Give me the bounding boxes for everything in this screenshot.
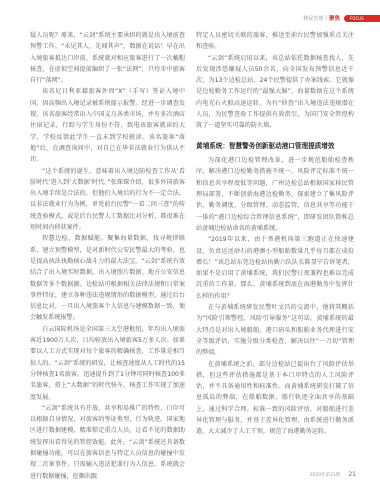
paragraph: 在黄埔系统之前，部分边检站已提出台了风险评估举措，但这些评估措施都是基于本口岸特… xyxy=(196,359,354,438)
right-column: 特定人员密切关联的旅客，推送至前台民警加强重点关注和查验。 “云剑”系统启用以来… xyxy=(196,30,354,438)
paragraph: 白云国际机场是全国第三大空港枢纽，年均出入境旅客近1900万人次，日均验放出入境… xyxy=(30,324,185,403)
magazine-name: 移民管理 xyxy=(303,15,323,22)
paragraph: “云剑”系统具有开放、共享和易推广的特性，口岸可以根据自身情况，对旅客的签证类型… xyxy=(30,403,185,482)
page-header: 移民管理 | 聚焦 FOCUS xyxy=(303,14,380,22)
section-subheading: 黄埔系统：智慧警务创新驱动港口管理提质增效 xyxy=(196,141,354,153)
header-separator: | xyxy=(325,15,327,21)
issue-label: 2020年第21期 xyxy=(310,472,341,478)
paragraph: “这个系统的诞生，意味着出入境边防检查工作从‘看脸时代’进入到‘大数据’时代。”… xyxy=(30,166,185,234)
left-column: 疑人员呢？原来，“云剑”系统主要承担的就是出入境前查预警工作。“未见其人，先闻其… xyxy=(30,30,185,482)
paragraph: 该名尼日利亚籍旅客外周“X”（手写）签证入境中国，因高频出入境记录被系统提示报警… xyxy=(30,86,185,165)
section-name: 聚焦 xyxy=(329,14,340,22)
paragraph: 疑人员呢？原来，“云剑”系统主要承担的就是出入境前查预警工作。“未见其人，先闻其… xyxy=(30,30,185,86)
paragraph: 智慧边检，数据赋能。聚集海量数据，找寻规律联系，建立预警模型，是对新时代公安民警… xyxy=(30,233,185,323)
section-tab: FOCUS xyxy=(344,15,380,22)
paragraph: “2019年以来，由于香港机场第三跑道正在快速建设，负责运送砂石的港澳小型船舶数… xyxy=(196,234,354,302)
page-footer: 2020年第21期 21 xyxy=(310,471,356,478)
paragraph: 在与黄埔系统研发民警叶文昌的交流中，他将其概括为“风险引领警控、风险引导服务”这… xyxy=(196,302,354,358)
page-number: 21 xyxy=(348,471,356,478)
paragraph: “云剑”系统启用以来，该总站依托数据核查找人，先后发现涉恐嫌疑人员50余名，向全… xyxy=(196,53,354,132)
paragraph: 为深化港口边检管理改革，进一步规范船舶检查秩序，解决港口边检勤务措施不统一、风险… xyxy=(196,155,354,234)
paragraph: 特定人员密切关联的旅客，推送至前台民警加强重点关注和查验。 xyxy=(196,30,354,53)
